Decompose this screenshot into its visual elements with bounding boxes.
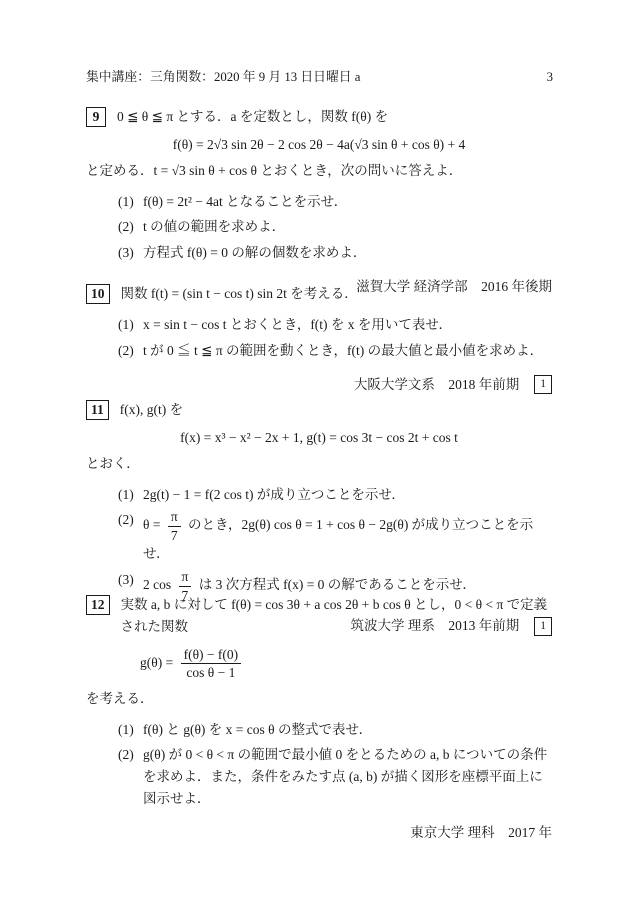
item-label: (1) [118, 191, 143, 213]
page-number: 3 [547, 67, 553, 88]
problem-items: (1) x = sin t − cos t とおくとき，f(t) を x を用い… [118, 314, 552, 362]
fraction: π7 [168, 509, 181, 543]
problem-item: (1) 2g(t) − 1 = f(2 cos t) が成り立つことを示せ． [118, 484, 552, 506]
problem-10: 10 関数 f(t) = (sin t − cos t) sin 2t を考える… [86, 283, 552, 395]
problem-intro: 関数 f(t) = (sin t − cos t) sin 2t を考える． [121, 283, 553, 305]
problem-intro: f(x), g(t) を [120, 399, 552, 421]
fraction-numerator: π [168, 509, 181, 527]
fraction: f(θ) − f(0)cos θ − 1 [181, 647, 242, 681]
problem-9: 9 0 ≦ θ ≦ π とする．a を定数とし，関数 f(θ) を f(θ) =… [86, 106, 552, 298]
item-text-pre: θ = [143, 518, 164, 533]
source-attribution: 東京大学 理科 2017 年 [86, 822, 552, 844]
problem-heading: 9 0 ≦ θ ≦ π とする．a を定数とし，関数 f(θ) を [86, 106, 552, 128]
problem-number-badge: 11 [86, 400, 109, 420]
fraction-numerator: π [179, 569, 192, 587]
item-text: 方程式 f(θ) = 0 の解の個数を求めよ． [143, 242, 552, 264]
problem-text: を考える． [86, 688, 552, 710]
problem-item: (2) θ = π7 のとき，2g(θ) cos θ = 1 + cos θ −… [118, 509, 552, 565]
problem-items: (1) f(θ) = 2t² − 4at となることを示せ． (2) t の値の… [118, 191, 552, 265]
problem-number-badge: 12 [86, 595, 110, 615]
problem-items: (1) 2g(t) − 1 = f(2 cos t) が成り立つことを示せ． (… [118, 484, 552, 604]
problem-item: (2) t の値の範囲を求めよ． [118, 216, 552, 238]
item-text-pre: 2 cos [143, 577, 175, 592]
item-label: (2) [118, 340, 143, 362]
problem-item: (1) x = sin t − cos t とおくとき，f(t) を x を用い… [118, 314, 552, 336]
problem-heading: 10 関数 f(t) = (sin t − cos t) sin 2t を考える… [86, 283, 552, 305]
display-formula: f(x) = x³ − x² − 2x + 1, g(t) = cos 3t −… [86, 427, 552, 449]
problem-intro: 0 ≦ θ ≦ π とする．a を定数とし，関数 f(θ) を [117, 106, 552, 128]
source-text: 東京大学 理科 2017 年 [410, 822, 552, 844]
problem-item: (1) f(θ) = 2t² − 4at となることを示せ． [118, 191, 552, 213]
problem-number-badge: 9 [86, 107, 106, 127]
item-text: g(θ) が 0 < θ < π の範囲で最小値 0 をとるための a, b に… [143, 744, 552, 810]
source-box-number: 1 [534, 375, 552, 394]
problem-text: とおく． [86, 453, 552, 475]
source-attribution: 大阪大学文系 2018 年前期 1 [86, 374, 552, 396]
display-formula: f(θ) = 2√3 sin 2θ − 2 cos 2θ − 4a(√3 sin… [86, 134, 552, 156]
item-label: (2) [118, 509, 143, 565]
problem-text: と定める．t = √3 sin θ + cos θ とおくとき，次の問いに答えよ… [86, 160, 552, 182]
item-label: (1) [118, 719, 143, 741]
problem-item: (3) 方程式 f(θ) = 0 の解の個数を求めよ． [118, 242, 552, 264]
problem-heading: 11 f(x), g(t) を [86, 399, 552, 421]
fraction-denominator: 7 [168, 527, 181, 544]
item-text: θ = π7 のとき，2g(θ) cos θ = 1 + cos θ − 2g(… [143, 509, 552, 565]
problem-intro: 実数 a, b に対して f(θ) = cos 3θ + a cos 2θ + … [121, 594, 553, 638]
item-text: x = sin t − cos t とおくとき，f(t) を x を用いて表せ． [143, 314, 552, 336]
item-text: t が 0 ≦ t ≦ π の範囲を動くとき，f(t) の最大値と最小値を求めよ… [143, 340, 552, 362]
item-label: (1) [118, 314, 143, 336]
document-page: 集中講座：三角関数：2020 年 9 月 13 日日曜日 a 3 9 0 ≦ θ… [0, 0, 637, 907]
problem-item: (2) t が 0 ≦ t ≦ π の範囲を動くとき，f(t) の最大値と最小値… [118, 340, 552, 362]
item-label: (2) [118, 216, 143, 238]
problem-number-badge: 10 [86, 284, 110, 304]
item-label: (1) [118, 484, 143, 506]
display-formula: g(θ) = f(θ) − f(0)cos θ − 1 [140, 647, 552, 681]
problem-heading: 12 実数 a, b に対して f(θ) = cos 3θ + a cos 2θ… [86, 594, 552, 638]
item-text: t の値の範囲を求めよ． [143, 216, 552, 238]
fraction-denominator: cos θ − 1 [181, 664, 242, 681]
item-text-post: は 3 次方程式 f(x) = 0 の解であることを示せ． [195, 577, 476, 592]
problem-items: (1) f(θ) と g(θ) を x = cos θ の整式で表せ． (2) … [118, 719, 552, 810]
item-label: (2) [118, 744, 143, 810]
fraction-numerator: f(θ) − f(0) [181, 647, 242, 665]
item-text: f(θ) と g(θ) を x = cos θ の整式で表せ． [143, 719, 552, 741]
page-header: 集中講座：三角関数：2020 年 9 月 13 日日曜日 a 3 [86, 67, 553, 88]
formula-lhs: g(θ) = [140, 655, 177, 670]
problem-item: (2) g(θ) が 0 < θ < π の範囲で最小値 0 をとるための a,… [118, 744, 552, 810]
source-text: 大阪大学文系 2018 年前期 [354, 374, 519, 396]
item-text: 2g(t) − 1 = f(2 cos t) が成り立つことを示せ． [143, 484, 552, 506]
item-text-post: のとき，2g(θ) cos θ = 1 + cos θ − 2g(θ) が成り立… [143, 518, 533, 562]
problem-item: (1) f(θ) と g(θ) を x = cos θ の整式で表せ． [118, 719, 552, 741]
header-title: 集中講座：三角関数：2020 年 9 月 13 日日曜日 a [86, 67, 360, 88]
problem-12: 12 実数 a, b に対して f(θ) = cos 3θ + a cos 2θ… [86, 594, 552, 844]
item-text: f(θ) = 2t² − 4at となることを示せ． [143, 191, 552, 213]
item-label: (3) [118, 242, 143, 264]
